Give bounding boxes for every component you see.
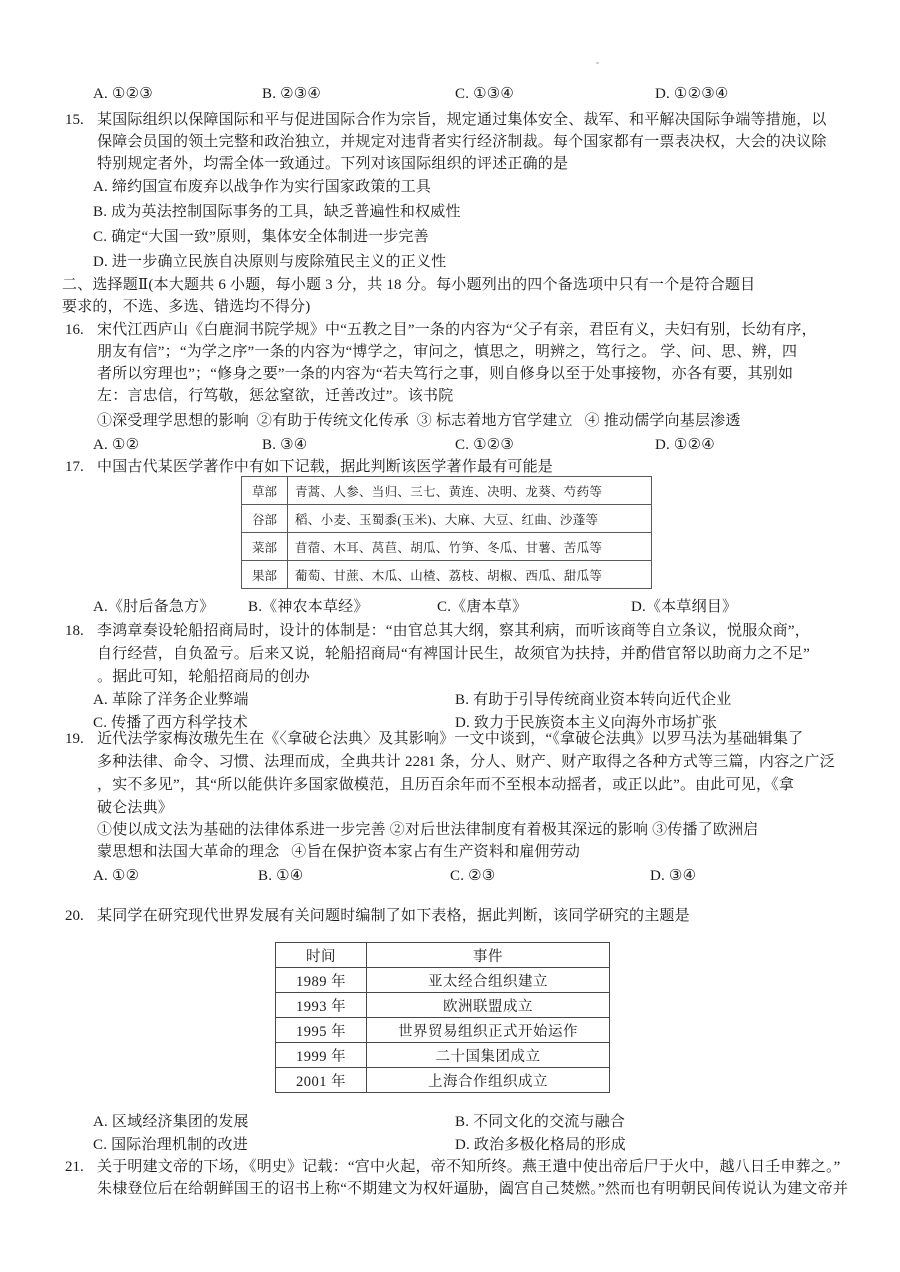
q19-line-1: 近代法学家梅汝璈先生在《〈拿破仑法典〉及其影响》一文中谈到，“《拿破仑法典》以罗… (97, 730, 803, 748)
q20-row3-time: 1995 年 (276, 1018, 367, 1043)
q21-line-1: 关于明建文帝的下场，《明史》记载：“宫中火起，帝不知所终。燕王遣中使出帝后尸于火… (97, 1158, 841, 1176)
q17-row1-items: 青蒿、人参、当归、三七、黄连、决明、龙葵、芍药等 (288, 477, 652, 505)
q19-option-c: C. ②③ (450, 867, 495, 885)
q17-row3-category: 菜部 (242, 533, 288, 561)
q20-events-table: 时间 事件 1989 年 亚太经合组织建立 1993 年 欧洲联盟成立 1995… (275, 942, 610, 1093)
q20-option-b: B. 不同文化的交流与融合 (455, 1113, 625, 1131)
q18-line-1: 李鸿章奏设轮船招商局时，设计的体制是：“由官总其大纲，察其利病，而听该商等自立条… (97, 622, 810, 640)
table-row: 1995 年 世界贸易组织正式开始运作 (276, 1018, 610, 1043)
q20-line-1: 某同学在研究现代世界发展有关问题时编制了如下表格，据此判断，该同学研究的主题是 (97, 907, 690, 925)
table-row: 菜部 苜蓿、木耳、莴苣、胡瓜、竹笋、冬瓜、甘薯、苦瓜等 (242, 533, 652, 561)
q15-line-2: 保障会员国的领土完整和政治独立，并规定对违背者实行经济制裁。每个国家都有一票表决… (97, 133, 827, 151)
q19-line-2: 多种法律、命令、习惯、法理而成，全典共计 2281 条，分人、财产、财产取得之各… (97, 753, 835, 771)
q16-line-4: 左：言忠信，行笃敬，惩忿窒欲，迁善改过”。该书院 (97, 387, 453, 405)
q17-materia-medica-table: 草部 青蒿、人参、当归、三七、黄连、决明、龙葵、芍药等 谷部 稻、小麦、玉蜀黍(… (241, 476, 652, 589)
table-header-row: 时间 事件 (276, 943, 610, 968)
q16-option-a: A. ①② (93, 436, 139, 454)
table-row: 1999 年 二十国集团成立 (276, 1043, 610, 1068)
table-row: 草部 青蒿、人参、当归、三七、黄连、决明、龙葵、芍药等 (242, 477, 652, 505)
q16-option-c: C. ①②③ (455, 436, 514, 454)
q15-line-1: 某国际组织以保障国际和平与促进国际合作为宗旨，规定通过集体安全、裁军、和平解决国… (97, 111, 827, 129)
exam-paper-page: A. ①②③ B. ②③④ C. ①③④ D. ①②③④ 15. 某国际组织以保… (0, 0, 900, 1272)
q20-row2-event: 欧洲联盟成立 (367, 993, 610, 1018)
table-row: 1989 年 亚太经合组织建立 (276, 968, 610, 993)
q17-row4-items: 葡萄、甘蔗、木瓜、山楂、荔枝、胡椒、西瓜、甜瓜等 (288, 561, 652, 589)
q19-line-3: ，实不多见”，其“所以能供许多国家做模范，且历百余年而不至根本动摇者，或正以此”… (97, 776, 794, 794)
q20-row1-time: 1989 年 (276, 968, 367, 993)
q20-row3-event: 世界贸易组织正式开始运作 (367, 1018, 610, 1043)
q17-row4-category: 果部 (242, 561, 288, 589)
q16-line-3: 者所以穷理也”；“修身之要”一条的内容为“若夫笃行之事，则自修身以至于处事接物，… (97, 365, 793, 383)
q14-option-b: B. ②③④ (262, 85, 321, 103)
table-row: 1993 年 欧洲联盟成立 (276, 993, 610, 1018)
table-row: 谷部 稻、小麦、玉蜀黍(玉米)、大麻、大豆、红曲、沙蓬等 (242, 505, 652, 533)
q21-line-2: 朱棣登位后在给朝鲜国王的诏书上称“不期建文为权奸逼胁，阖宫自己焚燃。”然而也有明… (97, 1180, 848, 1198)
q15-option-d: D. 进一步确立民族自决原则与废除殖民主义的正义性 (93, 253, 446, 271)
q18-number: 18. (65, 622, 84, 640)
section2-header-line-2: 要求的，不选、多选、错选均不得分) (62, 298, 310, 316)
q20-number: 20. (65, 907, 84, 925)
q14-option-c: C. ①③④ (455, 85, 514, 103)
q17-row2-category: 谷部 (242, 505, 288, 533)
q14-option-d: D. ①②③④ (655, 85, 729, 103)
q17-option-b: B.《神农本草经》 (248, 598, 369, 616)
q21-number: 21. (65, 1158, 84, 1176)
q20-option-c: C. 国际治理机制的改进 (93, 1136, 248, 1154)
q20-row5-time: 2001 年 (276, 1068, 367, 1093)
table-row: 果部 葡萄、甘蔗、木瓜、山楂、荔枝、胡椒、西瓜、甜瓜等 (242, 561, 652, 589)
q15-option-c: C. 确定“大国一致”原则，集体安全体制进一步完善 (93, 228, 429, 246)
section2-header-line-1: 二、选择题Ⅱ(本大题共 6 小题，每小题 3 分，共 18 分。每小题列出的四个… (62, 276, 755, 294)
scan-speck (596, 62, 599, 64)
q16-option-b: B. ③④ (262, 436, 307, 454)
q20-header-event: 事件 (367, 943, 610, 968)
q18-option-a: A. 革除了洋务企业弊端 (93, 691, 249, 709)
q16-substatements: ①深受理学思想的影响 ②有助于传统文化传承 ③ 标志着地方官学建立 ④ 推动儒学… (97, 412, 741, 430)
q20-option-d: D. 政治多极化格局的形成 (455, 1136, 626, 1154)
q17-number: 17. (65, 458, 84, 476)
table-row: 2001 年 上海合作组织成立 (276, 1068, 610, 1093)
q19-option-d: D. ③④ (650, 867, 696, 885)
q18-option-b: B. 有助于引导传统商业资本转向近代企业 (455, 691, 732, 709)
q20-row2-time: 1993 年 (276, 993, 367, 1018)
q20-option-a: A. 区域经济集团的发展 (93, 1113, 249, 1131)
q17-option-a: A.《肘后备急方》 (93, 598, 214, 616)
q19-option-b: B. ①④ (258, 867, 303, 885)
q19-line-4: 破仑法典》 (97, 799, 173, 817)
q15-option-a: A. 缔约国宣布废弃以战争作为实行国家政策的工具 (93, 178, 431, 196)
q16-option-d: D. ①②④ (655, 436, 715, 454)
q17-line-1: 中国古代某医学著作中有如下记载，据此判断该医学著作最有可能是 (97, 458, 553, 476)
q15-option-b: B. 成为英法控制国际事务的工具，缺乏普遍性和权威性 (93, 203, 461, 221)
q19-option-a: A. ①② (93, 867, 139, 885)
q17-row1-category: 草部 (242, 477, 288, 505)
q15-number: 15. (65, 111, 84, 129)
q20-row4-time: 1999 年 (276, 1043, 367, 1068)
q17-option-d: D.《本草纲目》 (631, 598, 737, 616)
q20-row1-event: 亚太经合组织建立 (367, 968, 610, 993)
q15-line-3: 特别规定者外，均需全体一致通过。下列对该国际组织的评述正确的是 (97, 155, 568, 173)
q17-row2-items: 稻、小麦、玉蜀黍(玉米)、大麻、大豆、红曲、沙蓬等 (288, 505, 652, 533)
q19-number: 19. (65, 730, 84, 748)
q14-option-a: A. ①②③ (93, 85, 153, 103)
q19-substatements-line-2: 蒙思想和法国大革命的理念 ④旨在保护资本家占有生产资料和雇佣劳动 (97, 843, 580, 861)
q20-header-time: 时间 (276, 943, 367, 968)
q20-row5-event: 上海合作组织成立 (367, 1068, 610, 1093)
q16-number: 16. (65, 321, 84, 339)
q16-line-2: 朋友有信”；“为学之序”一条的内容为“博学之，审问之，慎思之，明辨之，笃行之。 … (97, 343, 797, 361)
q17-option-c: C.《唐本草》 (437, 598, 527, 616)
q18-line-3: 。据此可知，轮船招商局的创办 (97, 668, 310, 686)
q20-row4-event: 二十国集团成立 (367, 1043, 610, 1068)
q16-line-1: 宋代江西庐山《白鹿洞书院学规》中“五教之目”一条的内容为“父子有亲，君臣有义，夫… (97, 321, 817, 339)
q18-line-2: 自行经营，自负盈亏。后来又说，轮船招商局“有裨国计民生，故须官为扶持，并酌借官帑… (97, 645, 810, 663)
q19-substatements-line-1: ①使以成文法为基础的法律体系进一步完善 ②对后世法律制度有着极其深远的影响 ③传… (97, 821, 759, 839)
q17-row3-items: 苜蓿、木耳、莴苣、胡瓜、竹笋、冬瓜、甘薯、苦瓜等 (288, 533, 652, 561)
